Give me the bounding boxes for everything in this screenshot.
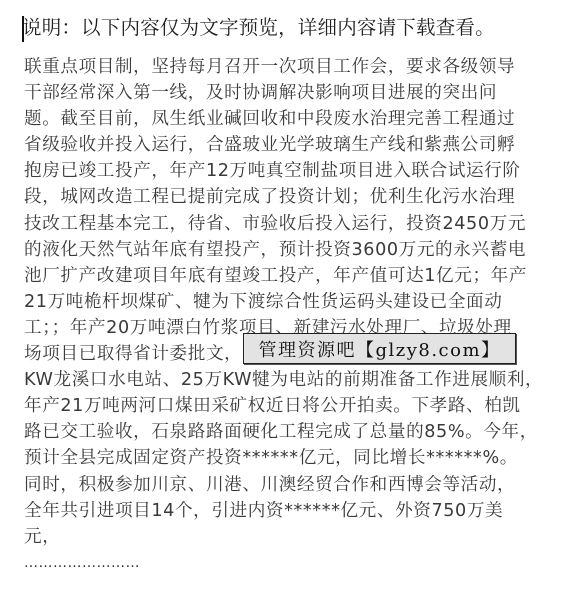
- text-line: 抱房已竣工投产，年产12万吨真空制盐项目进入联合试运行阶: [24, 158, 564, 184]
- text-line: 池厂扩产改建项目年底有望竣工投产，年产值可达1亿元；年产: [24, 263, 564, 289]
- text-line: 21万吨桅杆坝煤矿、犍为下渡综合性货运码头建设已全面动: [24, 289, 564, 315]
- text-line: 联重点项目制，坚持每月召开一次项目工作会，要求各级领导: [24, 54, 564, 80]
- text-line: 预计全县完成固定资产投资******亿元，同比增长******%。: [24, 445, 564, 471]
- document-body: 联重点项目制，坚持每月召开一次项目工作会，要求各级领导 干部经常深入第一线，及时…: [24, 54, 564, 574]
- text-line: 干部经常深入第一线，及时协调解决影响项目进展的突出问: [24, 80, 564, 106]
- text-line: 的液化天然气站年底有望投产，预计投资3600万元的永兴蓄电: [24, 237, 564, 263]
- text-line: 省级验收并投入运行，合盛玻业光学玻璃生产线和紫燕公司孵: [24, 132, 564, 158]
- text-line: 元，: [24, 524, 564, 550]
- preview-notice: 说明：以下内容仅为文字预览，详细内容请下载查看。: [22, 14, 495, 42]
- continuation-ellipsis: ……………………: [24, 552, 564, 574]
- text-line: 段，城网改造工程已提前完成了投资计划；优利生化污水治理: [24, 184, 564, 210]
- text-line: 技改工程基本完工，待省、市验收后投入运行，投资2450万元: [24, 211, 564, 237]
- text-line: 年产21万吨两河口煤田采矿权近日将公开拍卖。下孝路、柏凯: [24, 393, 564, 419]
- text-line: KW龙溪口水电站、25万KW犍为电站的前期准备工作进展顺利，: [24, 367, 564, 393]
- text-line: 同时，积极参加川京、川港、川澳经贸合作和西博会等活动，: [24, 472, 564, 498]
- watermark-banner: 管理资源吧【glzy8.com】: [243, 333, 516, 364]
- text-line: 全年共引进项目14个，引进内资******亿元、外资750万美: [24, 498, 564, 524]
- text-line: 路已交工验收，石泉路路面硬化工程完成了总量的85%。今年，: [24, 419, 564, 445]
- text-line: 题。截至目前，凤生纸业碱回收和中段废水治理完善工程通过: [24, 106, 564, 132]
